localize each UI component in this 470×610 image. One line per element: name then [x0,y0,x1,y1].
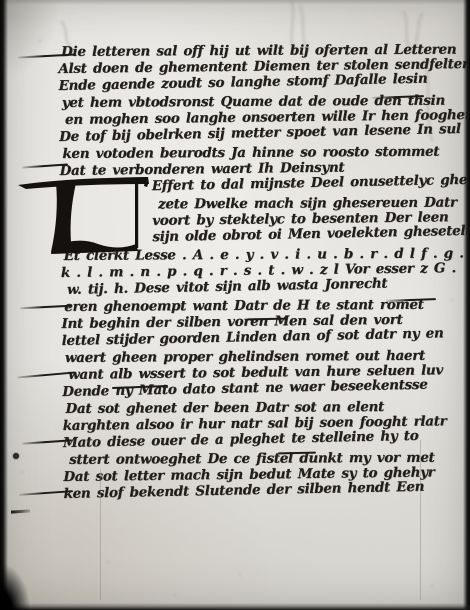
ink-dot-mark [13,453,19,459]
manuscript-photo: Die letteren sal off hij ut wilt bij ofe… [0,0,470,610]
manuscript-line: ken votoden beurodts Ja hinne so roosto … [62,144,455,163]
corner-shade [0,564,30,610]
manuscript-line: sttert ontwoeghet De ce fistel dunkt my … [69,450,459,469]
manuscript-line: waert gheen proper ghelindsen romet out … [65,348,458,367]
corner-shade [0,0,70,90]
photo-edge [0,0,470,5]
photo-edge [0,0,8,610]
photo-edge [0,603,470,610]
photo-edge [463,0,470,610]
paper-crease [100,470,101,600]
decorated-initial [18,174,154,258]
manuscript-line: Die letteren sal off hij ut wilt bij ofe… [61,42,454,61]
manuscript-line: Dat sot ghenet der been Datr sot an elen… [65,399,458,418]
paper-crease [420,440,421,600]
text-block: Die letteren sal off hij ut wilt bij ofe… [58,39,460,503]
